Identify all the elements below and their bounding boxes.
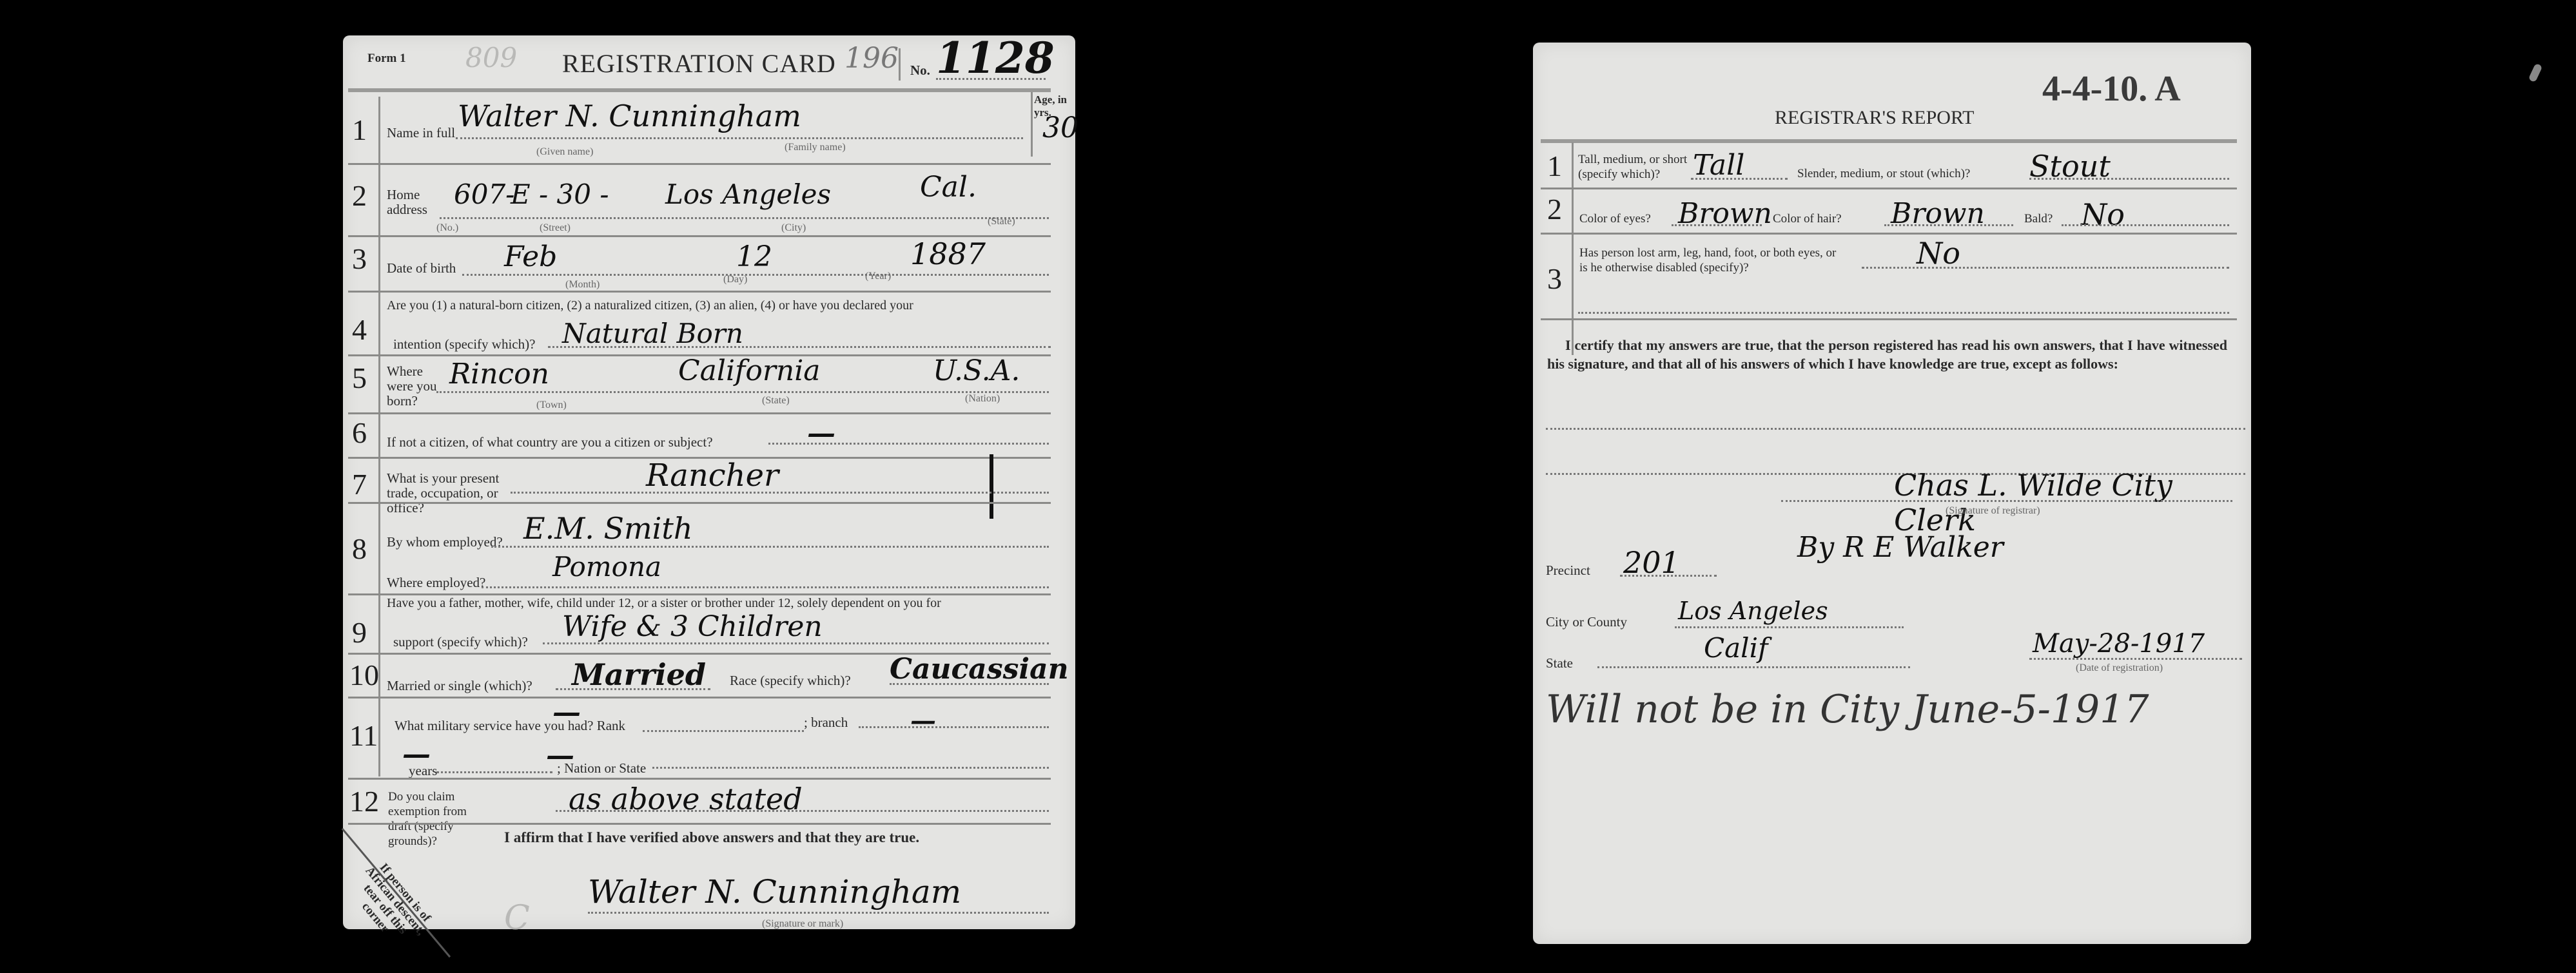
row-number: 8: [352, 532, 367, 566]
row-number: 10: [349, 658, 379, 692]
no-caption: (No.): [436, 222, 458, 234]
birthplace-label: Where were you born?: [387, 364, 445, 409]
dependents-question: Have you a father, mother, wife, child u…: [387, 596, 941, 611]
branch-label: ; branch: [804, 715, 848, 730]
address-state: Cal.: [920, 171, 977, 204]
registrars-report-card: 4-4-10. A REGISTRAR'S REPORT 1 Tall, med…: [1533, 43, 2251, 944]
film-speck: [2528, 63, 2543, 82]
citizen-of-value: —: [807, 417, 835, 450]
nation-caption: (Nation): [965, 393, 1000, 405]
bald-label: Bald?: [2024, 211, 2053, 226]
registration-date-caption: (Date of registration): [2076, 662, 2163, 674]
city-caption: (City): [781, 222, 806, 234]
row-number: 2: [352, 178, 367, 213]
employment-place-label: Where employed?: [387, 575, 485, 590]
row-number: 12: [349, 784, 379, 818]
registration-card: Form 1 809 REGISTRATION CARD 196 No. 112…: [343, 35, 1075, 929]
row-number: 9: [352, 615, 367, 650]
by-signature: By R E Walker: [1797, 531, 2004, 564]
affirmation-text: I affirm that I have verified above answ…: [504, 829, 919, 846]
race-value: Caucassian: [890, 653, 1069, 686]
certification-text: I certify that my answers are true, that…: [1547, 336, 2227, 373]
registrar-signature-caption: (Signature of registrar): [1946, 505, 2040, 517]
military-rank-value: —: [552, 696, 581, 729]
state-caption: (State): [762, 395, 790, 407]
town-caption: (Town): [536, 400, 567, 411]
birthplace-state: California: [678, 354, 821, 387]
month-caption: (Month): [565, 279, 600, 291]
serial-handwritten: 196: [844, 42, 899, 75]
row-number: 1: [352, 113, 367, 147]
signature-caption: (Signature or mark): [762, 918, 843, 930]
home-address-label: Home address: [387, 188, 438, 217]
given-name-caption: (Given name): [536, 146, 593, 158]
no-label: No.: [910, 63, 930, 79]
dependents-value: Wife & 3 Children: [562, 610, 823, 643]
row-number: 1: [1547, 149, 1562, 183]
report-title: REGISTRAR'S REPORT: [1775, 107, 1975, 129]
exemption-label: Do you claim exemption from draft (speci…: [388, 789, 478, 849]
year-caption: (Year): [865, 271, 891, 282]
military-years-value: —: [402, 738, 431, 771]
address-city: Los Angeles: [665, 178, 831, 210]
registrar-note: Will not be in City June-5-1917: [1546, 687, 2149, 732]
state-caption: (State): [988, 216, 1015, 227]
birthplace-nation: U.S.A.: [933, 354, 1020, 387]
row-number: 6: [352, 416, 367, 450]
occupation-value: Rancher: [646, 458, 779, 494]
military-service-label: What military service have you had? Rank: [395, 718, 625, 733]
employer-label: By whom employed?: [387, 535, 503, 550]
row-number: 7: [352, 467, 367, 501]
dob-day: 12: [736, 240, 772, 273]
day-caption: (Day): [723, 274, 747, 285]
name-label: Name in full: [387, 126, 455, 140]
race-label: Race (specify which)?: [730, 673, 851, 688]
eye-color-label: Color of eyes?: [1579, 211, 1651, 226]
registration-date: May-28-1917: [2033, 629, 2205, 659]
city-county-value: Los Angeles: [1678, 597, 1828, 625]
dob-year: 1887: [910, 236, 986, 271]
address-street: E - 30 -: [511, 178, 609, 210]
disability-value: No: [1917, 236, 1960, 271]
citizenship-value: Natural Born: [562, 318, 743, 349]
military-nation-value: —: [546, 739, 574, 772]
address-number: 607-: [454, 178, 514, 210]
occupation-label: What is your present trade, occupation, …: [387, 471, 503, 515]
city-county-label: City or County: [1546, 615, 1627, 630]
employer-value: E.M. Smith: [523, 511, 693, 546]
row-number: 4: [352, 313, 367, 347]
birthplace-town: Rincon: [449, 358, 549, 390]
military-branch-value: —: [910, 706, 936, 736]
name-value: Walter N. Cunningham: [458, 99, 801, 133]
precinct-label: Precinct: [1546, 563, 1590, 578]
hair-color-label: Color of hair?: [1773, 211, 1842, 226]
registrant-signature: Walter N. Cunningham: [588, 873, 961, 910]
faint-mark: C: [504, 899, 530, 938]
card-number: 1128: [936, 33, 1055, 83]
street-caption: (Street): [540, 222, 571, 234]
row-number: 3: [352, 242, 367, 276]
form-label: Form 1: [367, 51, 406, 66]
citizenship-label: intention (specify which)?: [393, 337, 535, 352]
family-name-caption: (Family name): [785, 142, 846, 153]
age-value: 30: [1042, 111, 1078, 144]
state-label: State: [1546, 656, 1573, 671]
pencil-number: 809: [465, 42, 517, 73]
marital-status-label: Married or single (which)?: [387, 679, 532, 693]
citizen-of-label: If not a citizen, of what country are yo…: [387, 435, 713, 450]
card-title: REGISTRATION CARD: [562, 48, 836, 79]
height-value: Tall: [1693, 149, 1744, 182]
stamp-code: 4-4-10. A: [2042, 68, 2181, 110]
corner-note: If person is of African descent, tear of…: [339, 852, 441, 959]
registrar-signature: Chas L. Wilde City Clerk: [1894, 468, 2251, 537]
row-number: 11: [349, 718, 378, 753]
row-number: 2: [1547, 192, 1562, 226]
dob-label: Date of birth: [387, 261, 456, 276]
build-label: Slender, medium, or stout (which)?: [1797, 166, 1970, 181]
bald-value: No: [2081, 197, 2125, 232]
citizenship-question: Are you (1) a natural-born citizen, (2) …: [387, 298, 913, 313]
row-number: 3: [1547, 262, 1562, 296]
employment-place-value: Pomona: [552, 551, 661, 583]
state-value: Calif: [1704, 632, 1768, 664]
row-number: 5: [352, 361, 367, 395]
dependents-label: support (specify which)?: [393, 635, 528, 650]
height-label: Tall, medium, or short (specify which)?: [1578, 152, 1707, 182]
disability-label: Has person lost arm, leg, hand, foot, or…: [1579, 246, 1837, 275]
dob-month: Feb: [504, 240, 557, 273]
marital-status-value: Married: [572, 657, 706, 692]
